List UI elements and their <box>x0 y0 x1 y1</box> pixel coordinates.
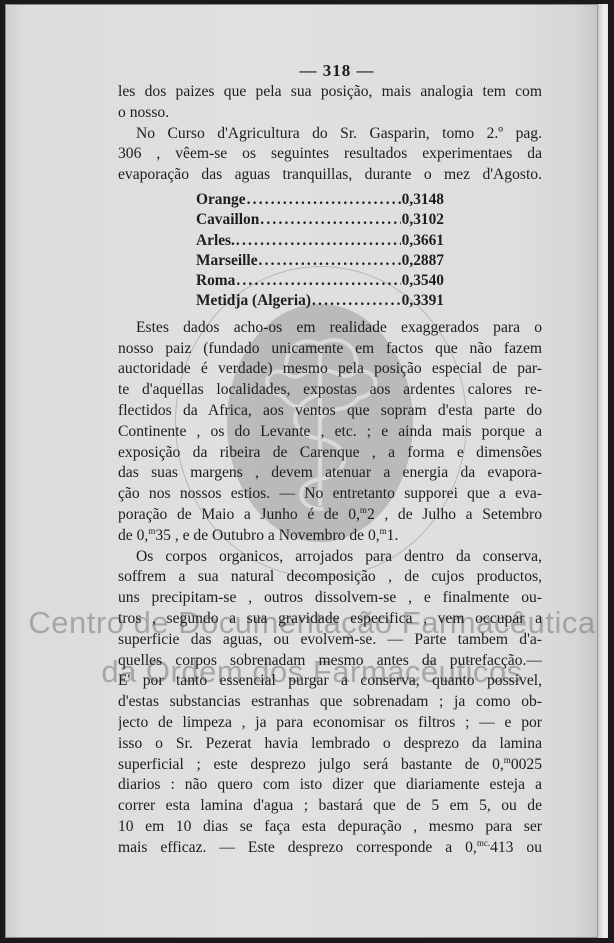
paragraph-gasparin: No Curso d'Agricultura do Sr. Gasparin, … <box>118 124 542 186</box>
text-line: diarios : não quero com isto dizer que d… <box>118 775 542 796</box>
text-line: de 0,m35 , e de Outubro a Novembro de 0,… <box>118 526 542 547</box>
text-line: E' por tanto essencial purgar a conserva… <box>118 671 542 692</box>
text-line: 306 , vêem-se os seguintes resultados ex… <box>118 144 542 165</box>
text-line: soffrem a sua natural decomposição , de … <box>118 567 542 588</box>
text-fragment: 0025 <box>511 756 542 773</box>
place-name: Orange <box>196 190 246 211</box>
unit-superscript: m <box>504 755 511 765</box>
text-line: auctoridade é verdade) mesmo pela posiçã… <box>118 359 542 380</box>
text-line: das suas margens , devem atenuar a energ… <box>118 463 542 484</box>
text-line: isso o Sr. Pezerat havia lembrado o desp… <box>118 734 542 755</box>
table-row: Cavaillon 0,3102 <box>196 210 444 230</box>
leader-dots <box>260 210 400 231</box>
text-line: 10 em 10 dias se faça esta depuração , m… <box>118 817 542 838</box>
evaporation-value: 0,3102 <box>402 210 444 231</box>
text-fragment: 2 , de Julho a Setembro <box>367 506 542 523</box>
text-fragment: 35 , e de Outubro a Novembro de 0, <box>155 527 379 544</box>
place-name: Metidja (Algeria) <box>196 291 311 312</box>
text-line: d'estas substancias estranhas que sobren… <box>118 692 542 713</box>
text-line: No Curso d'Agricultura do Sr. Gasparin, … <box>118 124 542 145</box>
text-line: uns precipitam-se , outros dissolvem-se … <box>118 588 542 609</box>
text-line: mais efficaz. — Este desprezo correspond… <box>118 838 542 859</box>
table-row: Arles. 0,3661 <box>196 231 444 251</box>
text-fragment: de 0, <box>118 527 148 544</box>
evaporation-value: 0,3148 <box>402 190 444 211</box>
text-line: flectidos da Africa, aos ventos que sopr… <box>118 401 542 422</box>
place-name: Arles. <box>196 231 235 252</box>
text-line: correr esta lamina d'agua ; bastará que … <box>118 796 542 817</box>
text-line: jecto de limpeza , ja para economisar os… <box>118 713 542 734</box>
page-edge <box>597 4 608 938</box>
text-line: Continente , os do Levante , etc. ; e ai… <box>118 422 542 443</box>
evaporation-table: Orange 0,3148 Cavaillon 0,3102 Arles. 0,… <box>196 190 444 312</box>
text-line: exposição da ribeira de Carenque , a for… <box>118 443 542 464</box>
leader-dots <box>236 231 401 252</box>
text-line: te d'aquellas localidades, expostas aos … <box>118 380 542 401</box>
place-name: Marseille <box>196 251 258 272</box>
leader-dots <box>259 251 401 272</box>
paragraph-corpos-organicos: Os corpos organicos, arrojados para dent… <box>118 547 542 859</box>
text-fragment: mais efficaz. — Este desprezo correspond… <box>118 839 477 856</box>
evaporation-value: 0,2887 <box>402 251 444 272</box>
evaporation-value: 0,3391 <box>402 291 444 312</box>
leader-dots <box>312 291 401 312</box>
leader-dots <box>236 271 400 292</box>
text-line: quelles corpos sobrenadam mesmo antes da… <box>118 651 542 672</box>
text-line: ção nos nossos estios. — No entretanto s… <box>118 484 542 505</box>
text-line: les dos paizes que pela sua posição, mai… <box>118 82 542 103</box>
unit-superscript: m <box>360 505 367 515</box>
paragraph-estes-dados: Estes dados acho-os em realidade exagger… <box>118 318 542 547</box>
text-line: tros , segundo a sua gravidade especific… <box>118 609 542 630</box>
text-line: Estes dados acho-os em realidade exagger… <box>118 318 542 339</box>
place-name: Roma <box>196 271 235 292</box>
text-fragment: 1. <box>387 527 399 544</box>
text-line: superficie das aguas, ou evolvem-se. — P… <box>118 630 542 651</box>
text-line: o nosso. <box>118 103 542 124</box>
unit-superscript: mc. <box>477 838 490 848</box>
text-line: evaporação das aguas tranquillas, durant… <box>118 165 542 186</box>
page-body: — 318 — les dos paizes que pela sua posi… <box>118 60 542 858</box>
evaporation-value: 0,3540 <box>402 271 444 292</box>
text-fragment: 413 ou <box>490 839 542 856</box>
leader-dots <box>247 190 401 211</box>
table-row: Marseille 0,2887 <box>196 251 444 271</box>
text-fragment: poração de Maio a Junho é de 0, <box>118 506 360 523</box>
table-row: Metidja (Algeria) 0,3391 <box>196 291 444 311</box>
evaporation-value: 0,3661 <box>402 231 444 252</box>
text-line: Os corpos organicos, arrojados para dent… <box>118 547 542 568</box>
text-line: nosso paiz (fundado unicamente em factos… <box>118 339 542 360</box>
text-line: superficial ; este desprezo julgo será b… <box>118 755 542 776</box>
table-row: Orange 0,3148 <box>196 190 444 210</box>
page-number: — 318 — <box>132 60 542 82</box>
text-line: poração de Maio a Junho é de 0,m2 , de J… <box>118 505 542 526</box>
text-fragment: superficial ; este desprezo julgo será b… <box>118 756 504 773</box>
table-row: Roma 0,3540 <box>196 271 444 291</box>
place-name: Cavaillon <box>196 210 259 231</box>
paragraph-continuation: les dos paizes que pela sua posição, mai… <box>118 82 542 124</box>
unit-superscript: m <box>380 526 387 536</box>
